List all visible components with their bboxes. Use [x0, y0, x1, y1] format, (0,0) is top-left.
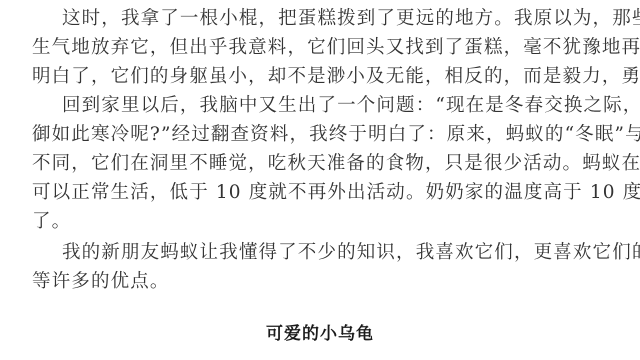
paragraph-line: 了。	[32, 207, 640, 236]
paragraph-line: 这时，我拿了一根小棍，把蛋糕拨到了更远的地方。我原以为，那些蚂蚁一定会很	[32, 4, 640, 33]
paragraph-line: 不同，它们在洞里不睡觉，吃秋天准备的食物，只是很少活动。蚂蚁在 15——40 度…	[32, 149, 640, 178]
next-article-title: 可爱的小乌龟	[0, 322, 640, 346]
paragraph-line: 御如此寒冷呢?”经过翻查资料，我终于明白了：原来，蚂蚁的“冬眠”与蛇或其它动物	[32, 120, 640, 149]
paragraph-line: 可以正常生活，低于 10 度就不再外出活动。奶奶家的温度高于 10 度，所以它们…	[32, 178, 640, 207]
paragraph-line: 我的新朋友蚂蚁让我懂得了不少的知识，我喜欢它们，更喜欢它们的毅力、勇气、	[32, 238, 640, 267]
paragraph-line: 明白了，它们的身躯虽小，却不是渺小及无能，相反的，而是毅力，勇敢和合群。	[32, 62, 640, 91]
paragraph-line: 生气地放弃它，但出乎我意料，它们回头又找到了蛋糕，毫不犹豫地再次开始。我渐渐	[32, 33, 640, 62]
paragraph-ant-hibernation: 回到家里以后，我脑中又生出了一个问题：“现在是冬春交换之际，蚂蚁又怎么能抵 御如…	[32, 91, 640, 236]
paragraph-conclusion: 我的新朋友蚂蚁让我懂得了不少的知识，我喜欢它们，更喜欢它们的毅力、勇气、 等许多…	[32, 238, 640, 296]
paragraph-line: 等许多的优点。	[32, 267, 640, 296]
paragraph-ant-persistence: 这时，我拿了一根小棍，把蛋糕拨到了更远的地方。我原以为，那些蚂蚁一定会很 生气地…	[32, 4, 640, 91]
paragraph-line: 回到家里以后，我脑中又生出了一个问题：“现在是冬春交换之际，蚂蚁又怎么能抵	[32, 91, 640, 120]
